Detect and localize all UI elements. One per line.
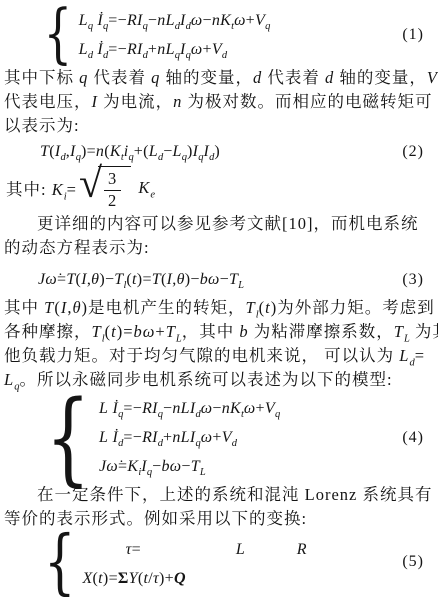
equation-3-line: Jω̇=T(I,θ)−Tl(t)=T(I,θ)−bω−TL xyxy=(38,268,244,292)
paragraph-3-line-1: 其中 T(I,θ)是电机产生的转矩，Tl(t)为外部力矩。考虑到 xyxy=(4,296,438,320)
paragraph-3-line-3: 他负载力矩。对于均匀气隙的电机来说， 可以认为 Ld= xyxy=(4,344,438,368)
equation-number-5: (5) xyxy=(402,553,438,571)
paragraph-2-line-2: 的动态方程表示为: xyxy=(4,236,438,260)
system-brace-1: { xyxy=(44,6,73,64)
paper-page: { Lq İq=−RIq−nLdIdω−nKtω+Vq Ld İd=−RId… xyxy=(0,0,438,597)
equation-4-line-1: L İq=−RIq−nLIdω−nKtω+Vq xyxy=(99,394,280,423)
fraction-numerator: 3 xyxy=(104,170,121,191)
system-brace-5: { xyxy=(44,530,76,594)
equation-5-line-1: τ= L R xyxy=(82,533,384,567)
equation-number-1: (1) xyxy=(402,26,438,44)
paragraph-2-line-1: 更详细的内容可以参见参考文献[10]，而机电系统 xyxy=(4,212,438,236)
equation-1-line-1: Lq İq=−RIq−nLdIdω−nKtω+Vq xyxy=(79,6,271,35)
equation-2-line: T(Id,Iq)=n(Ktiq+(Ld−Lq)IqId) xyxy=(40,140,220,164)
equation-number-2: (2) xyxy=(402,143,438,161)
equation-2: T(Id,Iq)=n(Ktiq+(Ld−Lq)IqId) (2) xyxy=(4,140,438,164)
fraction-three-halves: 3 2 xyxy=(104,170,121,211)
equation-3: Jω̇=T(I,θ)−Tl(t)=T(I,θ)−bω−TL (3) xyxy=(4,268,438,292)
equation-5: { τ= L R X(t)=ΣY(t/τ)+Q (5) xyxy=(4,533,438,591)
radicand: 3 2 xyxy=(98,166,131,211)
equation-number-3: (3) xyxy=(402,271,438,289)
paragraph-3-line-2: 各种摩擦，Tl(t)=bω+TL，其中 b 为粘滞摩擦系数，TL 为其 xyxy=(4,320,438,344)
system-brace-4: { xyxy=(46,392,91,483)
k-definition-lhs: 其中: Ki= xyxy=(6,176,77,200)
equation-1-line-2: Ld İd=−RId+nLqIqω+Vd xyxy=(79,35,271,64)
equation-4-line-3: Jω̇=KiIq−bω−TL xyxy=(99,452,280,481)
fraction-denominator: 2 xyxy=(104,191,121,211)
square-root: √ 3 2 xyxy=(79,165,131,211)
equation-1: { Lq İq=−RIq−nLdIdω−nKtω+Vq Ld İd=−RId… xyxy=(4,6,438,64)
equation-number-4: (4) xyxy=(402,429,438,447)
k-definition-rhs: Ke xyxy=(133,178,155,198)
equation-4: { L İq=−RIq−nLIdω−nKtω+Vq L İd=−RId+nL… xyxy=(4,394,438,481)
paragraph-1-line-2: 代表电压，I 为电流，n 为极对数。而相应的电磁转矩可 xyxy=(4,90,438,114)
equation-4-line-2: L İd=−RId+nLIqω+Vd xyxy=(99,423,280,452)
equation-5-line-2: X(t)=ΣY(t/τ)+Q xyxy=(82,567,384,591)
k-constant-definition: 其中: Ki= √ 3 2 Ke xyxy=(6,167,438,209)
paragraph-1-line-3: 以表示为: xyxy=(4,114,438,138)
